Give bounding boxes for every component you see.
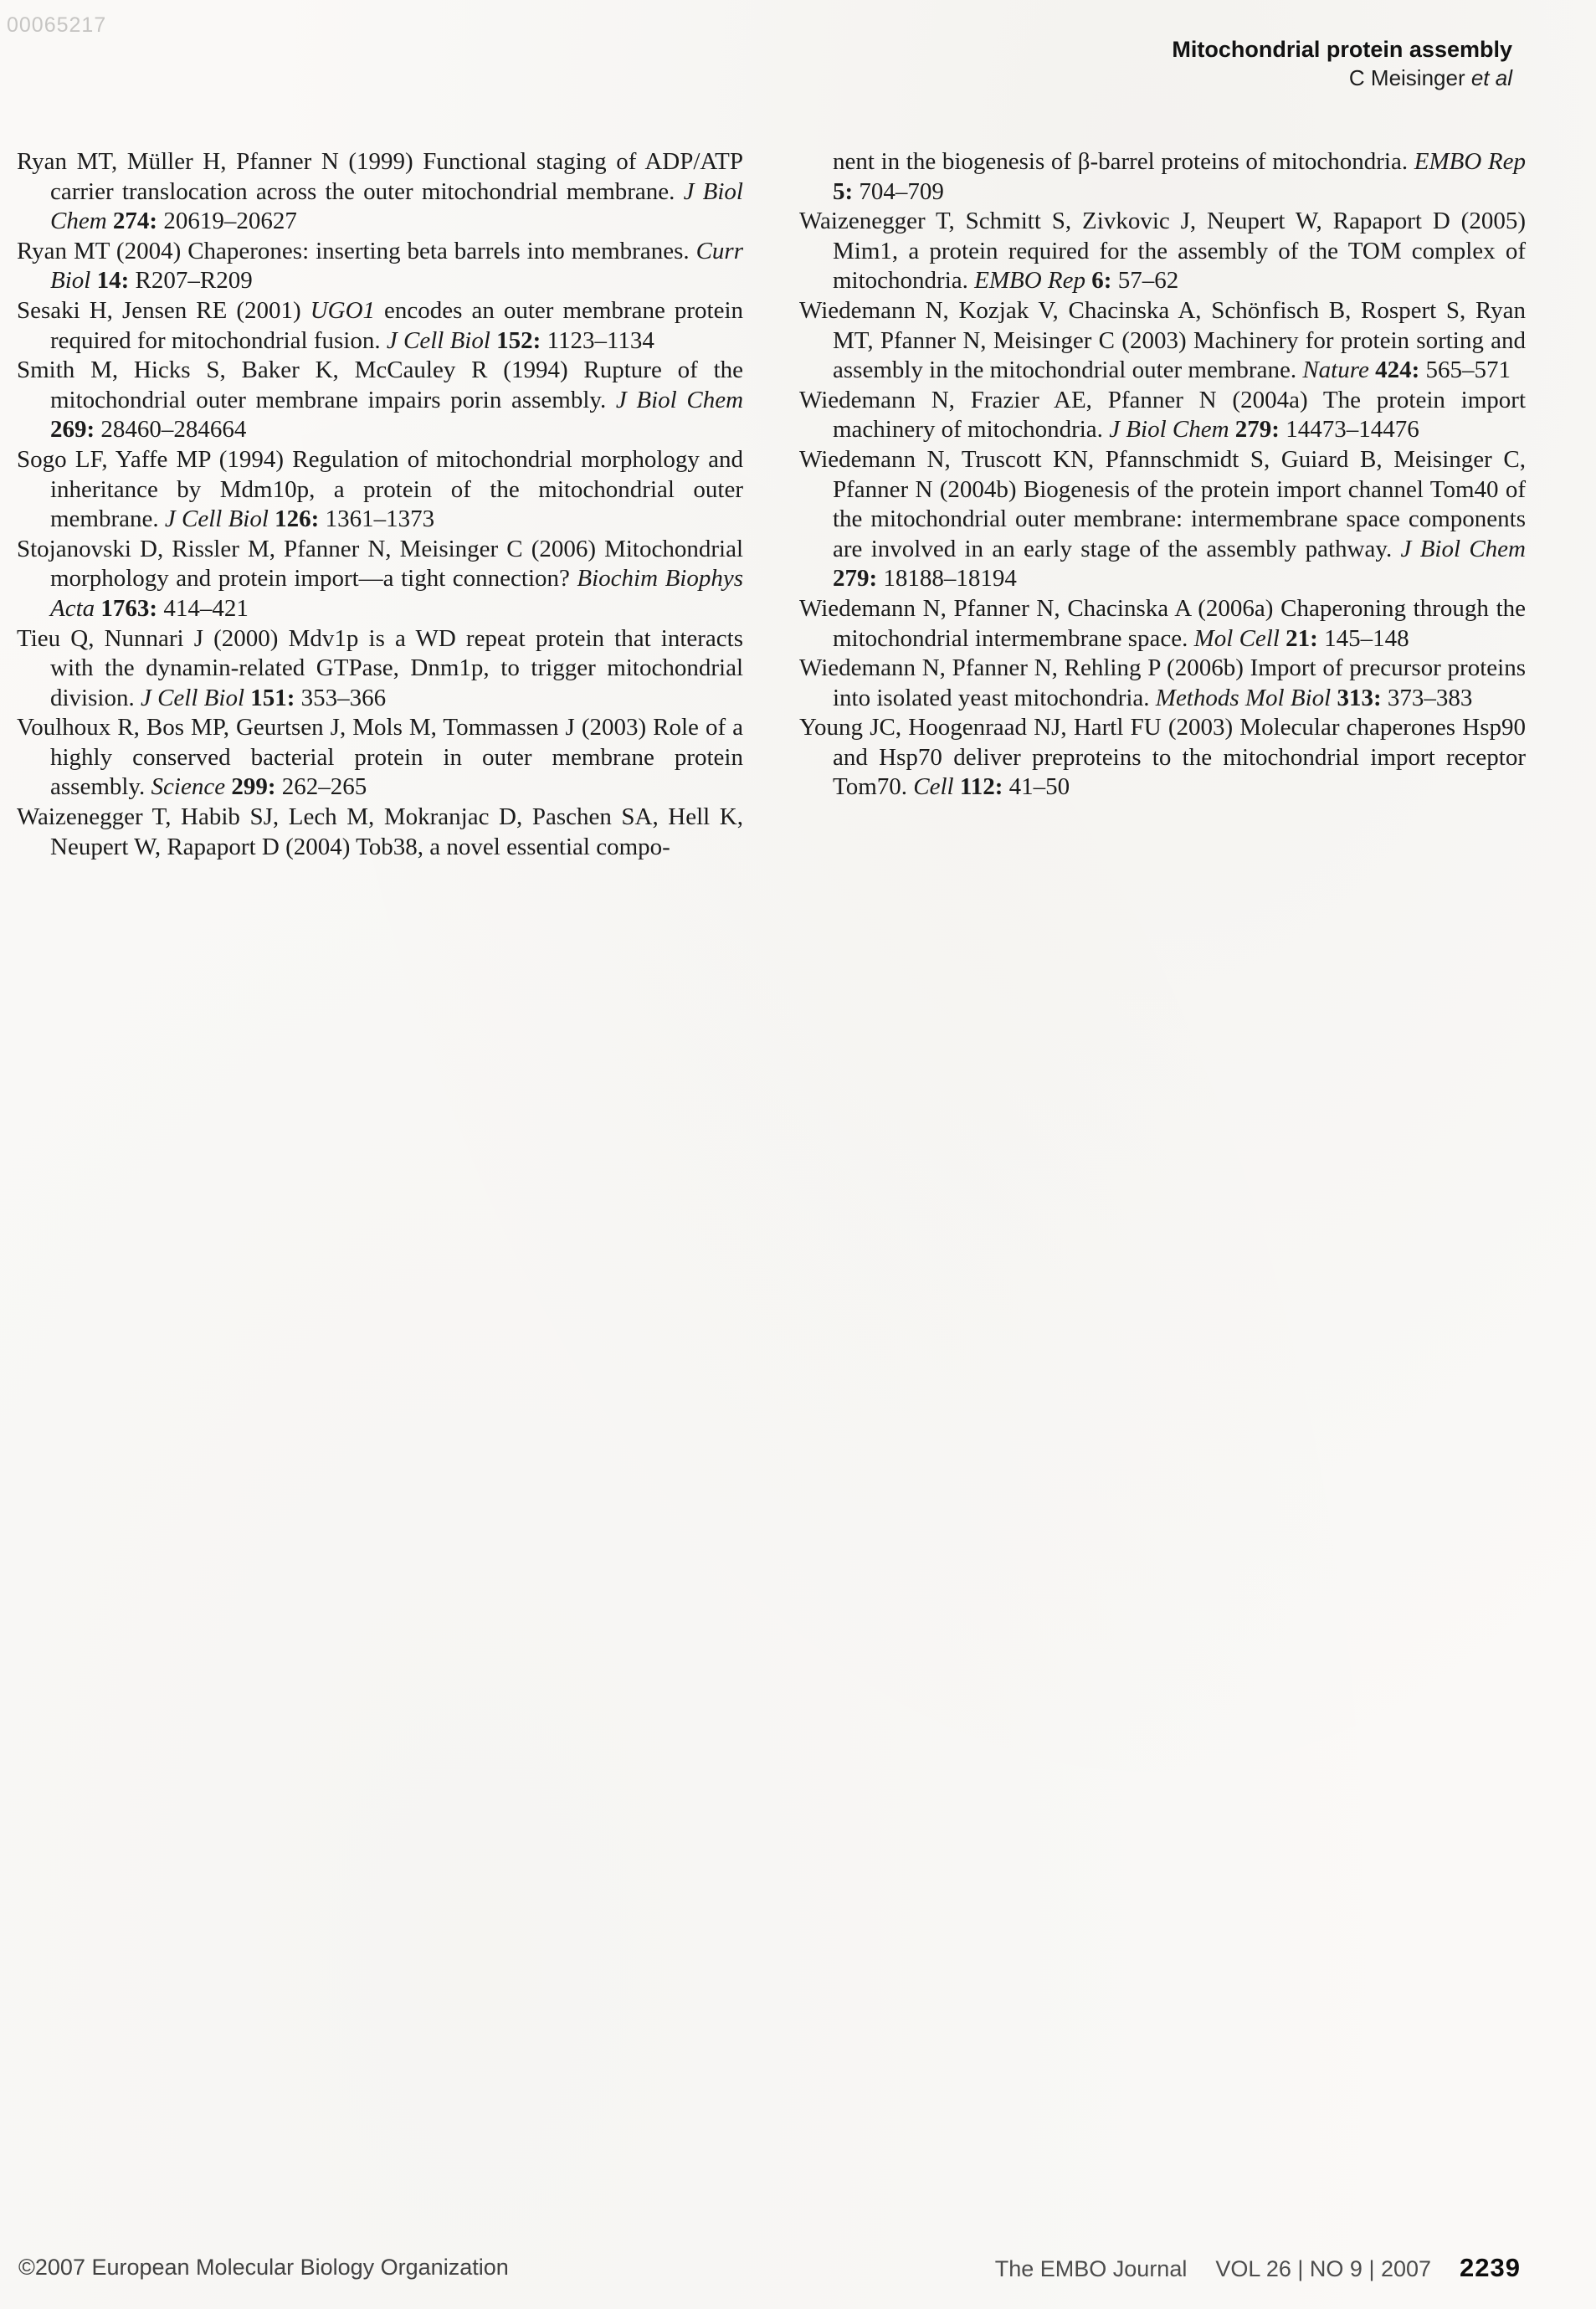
- volume-segment: 21:: [1286, 625, 1324, 652]
- reference-text-segment: 414–421: [163, 595, 249, 622]
- volume-segment: 6:: [1091, 267, 1117, 294]
- reference-text-segment: 565–571: [1425, 357, 1511, 383]
- volume-segment: 424:: [1375, 357, 1425, 383]
- reference-text-segment: R207–R209: [136, 267, 253, 294]
- reference-text-segment: 1361–1373: [326, 505, 435, 532]
- references-column-left: Ryan MT, Müller H, Pfanner N (1999) Func…: [17, 147, 743, 862]
- journal-title-segment: EMBO Rep: [1414, 148, 1526, 175]
- reference-item: Wiedemann N, Pfanner N, Rehling P (2006b…: [799, 654, 1526, 713]
- reference-text-segment: 18188–18194: [883, 565, 1017, 592]
- running-head: Mitochondrial protein assembly C Meising…: [1172, 37, 1512, 91]
- journal-title-segment: Cell: [913, 773, 960, 800]
- volume-segment: 279:: [833, 565, 883, 592]
- scan-id-stamp: 00065217: [7, 13, 106, 38]
- volume-segment: 152:: [496, 327, 547, 354]
- volume-segment: 112:: [960, 773, 1009, 800]
- reference-text-segment: Wiedemann N, Pfanner N, Chacinska A (200…: [799, 595, 1526, 652]
- reference-text-segment: Sesaki H, Jensen RE (2001): [17, 297, 310, 324]
- reference-item: Waizenegger T, Habib SJ, Lech M, Mokranj…: [17, 803, 743, 862]
- journal-title-segment: J Biol Chem: [1401, 536, 1526, 562]
- references-column-right: nent in the biogenesis of β-barrel prote…: [799, 147, 1526, 803]
- volume-segment: 151:: [250, 685, 300, 711]
- journal-title-segment: Nature: [1302, 357, 1375, 383]
- issue-info: The EMBO Journal VOL 26 | NO 9 | 2007 22…: [995, 2253, 1521, 2283]
- reference-item: Wiedemann N, Truscott KN, Pfannschmidt S…: [799, 445, 1526, 594]
- reference-text-segment: Ryan MT, Müller H, Pfanner N (1999) Func…: [17, 148, 743, 205]
- reference-text-segment: 28460–284664: [100, 416, 246, 443]
- journal-title-segment: J Cell Biol: [141, 685, 250, 711]
- volume-segment: 274:: [113, 208, 163, 234]
- volume-segment: 313:: [1337, 685, 1387, 711]
- volume-issue: VOL 26 | NO 9 | 2007: [1215, 2256, 1431, 2282]
- reference-item: Sesaki H, Jensen RE (2001) UGO1 encodes …: [17, 296, 743, 356]
- reference-text-segment: 373–383: [1388, 685, 1473, 711]
- volume-segment: 14:: [97, 267, 136, 294]
- journal-name: The EMBO Journal: [995, 2256, 1188, 2282]
- journal-title-segment: Mol Cell: [1194, 625, 1286, 652]
- reference-text-segment: Ryan MT (2004) Chaperones: inserting bet…: [17, 238, 696, 264]
- volume-segment: 279:: [1235, 416, 1286, 443]
- reference-item: nent in the biogenesis of β-barrel prote…: [799, 147, 1526, 207]
- reference-item: Smith M, Hicks S, Baker K, McCauley R (1…: [17, 356, 743, 445]
- reference-text-segment: 14473–14476: [1286, 416, 1419, 443]
- reference-item: Wiedemann N, Pfanner N, Chacinska A (200…: [799, 594, 1526, 654]
- page-footer: ©2007 European Molecular Biology Organiz…: [0, 2253, 1596, 2286]
- reference-text-segment: Young JC, Hoogenraad NJ, Hartl FU (2003)…: [799, 714, 1526, 800]
- reference-item: Ryan MT, Müller H, Pfanner N (1999) Func…: [17, 147, 743, 237]
- reference-item: Sogo LF, Yaffe MP (1994) Regulation of m…: [17, 445, 743, 535]
- reference-text-segment: 353–366: [301, 685, 387, 711]
- reference-text-segment: 20619–20627: [163, 208, 297, 234]
- volume-segment: 126:: [275, 505, 325, 532]
- journal-title-segment: UGO1: [310, 297, 384, 324]
- reference-item: Waizenegger T, Schmitt S, Zivkovic J, Ne…: [799, 207, 1526, 296]
- running-authors: C Meisinger et al: [1172, 65, 1512, 91]
- reference-text-segment: 262–265: [282, 773, 367, 800]
- et-al-label: et al: [1471, 65, 1512, 90]
- journal-title-segment: EMBO Rep: [974, 267, 1091, 294]
- journal-title-segment: J Cell Biol: [387, 327, 496, 354]
- reference-text-segment: Voulhoux R, Bos MP, Geurtsen J, Mols M, …: [17, 714, 743, 800]
- journal-title-segment: Methods Mol Biol: [1156, 685, 1337, 711]
- journal-title-segment: Science: [151, 773, 232, 800]
- reference-text-segment: 704–709: [859, 178, 944, 205]
- volume-segment: 269:: [50, 416, 100, 443]
- page-number: 2239: [1460, 2253, 1521, 2283]
- volume-segment: 5:: [833, 178, 859, 205]
- reference-item: Young JC, Hoogenraad NJ, Hartl FU (2003)…: [799, 713, 1526, 803]
- reference-item: Tieu Q, Nunnari J (2000) Mdv1p is a WD r…: [17, 624, 743, 714]
- copyright-notice: ©2007 European Molecular Biology Organiz…: [18, 2255, 509, 2281]
- running-title: Mitochondrial protein assembly: [1172, 37, 1512, 63]
- reference-item: Wiedemann N, Frazier AE, Pfanner N (2004…: [799, 386, 1526, 445]
- reference-text-segment: 145–148: [1324, 625, 1409, 652]
- journal-title-segment: J Cell Biol: [165, 505, 275, 532]
- reference-item: Voulhoux R, Bos MP, Geurtsen J, Mols M, …: [17, 713, 743, 803]
- reference-item: Wiedemann N, Kozjak V, Chacinska A, Schö…: [799, 296, 1526, 386]
- reference-item: Stojanovski D, Rissler M, Pfanner N, Mei…: [17, 535, 743, 624]
- volume-segment: 299:: [231, 773, 281, 800]
- journal-title-segment: J Biol Chem: [616, 387, 743, 413]
- volume-segment: 1763:: [100, 595, 163, 622]
- reference-text-segment: nent in the biogenesis of β-barrel prote…: [833, 148, 1414, 175]
- reference-item: Ryan MT (2004) Chaperones: inserting bet…: [17, 237, 743, 296]
- reference-text-segment: 41–50: [1009, 773, 1070, 800]
- reference-text-segment: 57–62: [1118, 267, 1179, 294]
- reference-text-segment: Waizenegger T, Habib SJ, Lech M, Mokranj…: [17, 803, 743, 860]
- journal-title-segment: J Biol Chem: [1109, 416, 1235, 443]
- author-name: C Meisinger: [1349, 65, 1471, 90]
- reference-text-segment: 1123–1134: [547, 327, 654, 354]
